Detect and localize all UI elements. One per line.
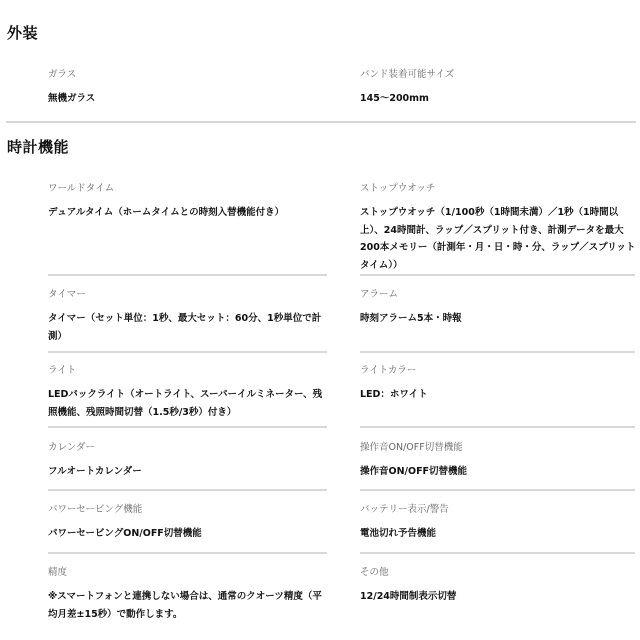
row-divider: [360, 274, 635, 276]
spec-value: 操作音ON/OFF切替機能: [360, 463, 636, 481]
row-divider: [360, 489, 635, 491]
spec-value: フルオートカレンダー: [48, 463, 328, 481]
spec-label: ストップウオッチ: [360, 183, 636, 195]
spec-value: 12/24時間制表示切替: [360, 588, 636, 606]
spec-timer: タイマー タイマー（セット単位：1秒、最大セット：60分、1秒単位で計測）: [48, 289, 328, 345]
row-divider: [48, 274, 327, 276]
row-divider: [48, 351, 327, 353]
spec-alarm: アラーム 時刻アラーム5本・時報: [360, 289, 636, 328]
spec-operation-sound: 操作音ON/OFF切替機能 操作音ON/OFF切替機能: [360, 442, 636, 481]
row-divider: [360, 426, 635, 428]
spec-battery: バッテリー表示/警告 電池切れ予告機能: [360, 504, 636, 543]
spec-value: 無機ガラス: [48, 90, 328, 108]
spec-label: ライトカラー: [360, 365, 636, 377]
row-divider: [360, 552, 635, 554]
spec-light-color: ライトカラー LED：ホワイト: [360, 365, 636, 404]
row-divider: [360, 351, 635, 353]
spec-glass: ガラス 無機ガラス: [48, 69, 328, 108]
spec-label: その他: [360, 567, 636, 579]
row-divider: [48, 489, 327, 491]
spec-stopwatch: ストップウオッチ ストップウオッチ（1/100秒（1時間未満）／1秒（1時間以上…: [360, 183, 636, 274]
spec-value: LEDバックライト（オートライト、スーパーイルミネーター、残照機能、残照時間切替…: [48, 386, 328, 421]
spec-value: ※スマートフォンと連携しない場合は、通常のクオーツ精度（平均月差±15秒）で動作…: [48, 588, 328, 623]
spec-label: アラーム: [360, 289, 636, 301]
spec-value: 電池切れ予告機能: [360, 525, 636, 543]
spec-label: バンド装着可能サイズ: [360, 69, 636, 81]
spec-value: タイマー（セット単位：1秒、最大セット：60分、1秒単位で計測）: [48, 310, 328, 345]
spec-accuracy: 精度 ※スマートフォンと連携しない場合は、通常のクオーツ精度（平均月差±15秒）…: [48, 567, 328, 623]
spec-label: バッテリー表示/警告: [360, 504, 636, 516]
spec-label: カレンダー: [48, 442, 328, 454]
spec-value: 時刻アラーム5本・時報: [360, 310, 636, 328]
spec-calendar: カレンダー フルオートカレンダー: [48, 442, 328, 481]
spec-value: デュアルタイム（ホームタイムとの時刻入替機能付き）: [48, 204, 328, 222]
section-title-watch-functions: 時計機能: [7, 136, 69, 157]
spec-band-size: バンド装着可能サイズ 145〜200mm: [360, 69, 636, 108]
spec-light: ライト LEDバックライト（オートライト、スーパーイルミネーター、残照機能、残照…: [48, 365, 328, 421]
spec-value: 145〜200mm: [360, 90, 636, 108]
row-divider: [48, 552, 327, 554]
spec-label: ライト: [48, 365, 328, 377]
spec-label: タイマー: [48, 289, 328, 301]
row-divider: [48, 426, 327, 428]
spec-value: パワーセービングON/OFF切替機能: [48, 525, 328, 543]
spec-world-time: ワールドタイム デュアルタイム（ホームタイムとの時刻入替機能付き）: [48, 183, 328, 222]
spec-label: 操作音ON/OFF切替機能: [360, 442, 636, 454]
spec-other: その他 12/24時間制表示切替: [360, 567, 636, 606]
spec-value: ストップウオッチ（1/100秒（1時間未満）／1秒（1時間以上）、24時間計、ラ…: [360, 204, 636, 274]
spec-label: ガラス: [48, 69, 328, 81]
spec-label: パワーセービング機能: [48, 504, 328, 516]
section-title-exterior: 外装: [7, 22, 38, 43]
spec-power-saving: パワーセービング機能 パワーセービングON/OFF切替機能: [48, 504, 328, 543]
spec-label: 精度: [48, 567, 328, 579]
spec-label: ワールドタイム: [48, 183, 328, 195]
section-divider: [6, 121, 636, 123]
spec-value: LED：ホワイト: [360, 386, 636, 404]
